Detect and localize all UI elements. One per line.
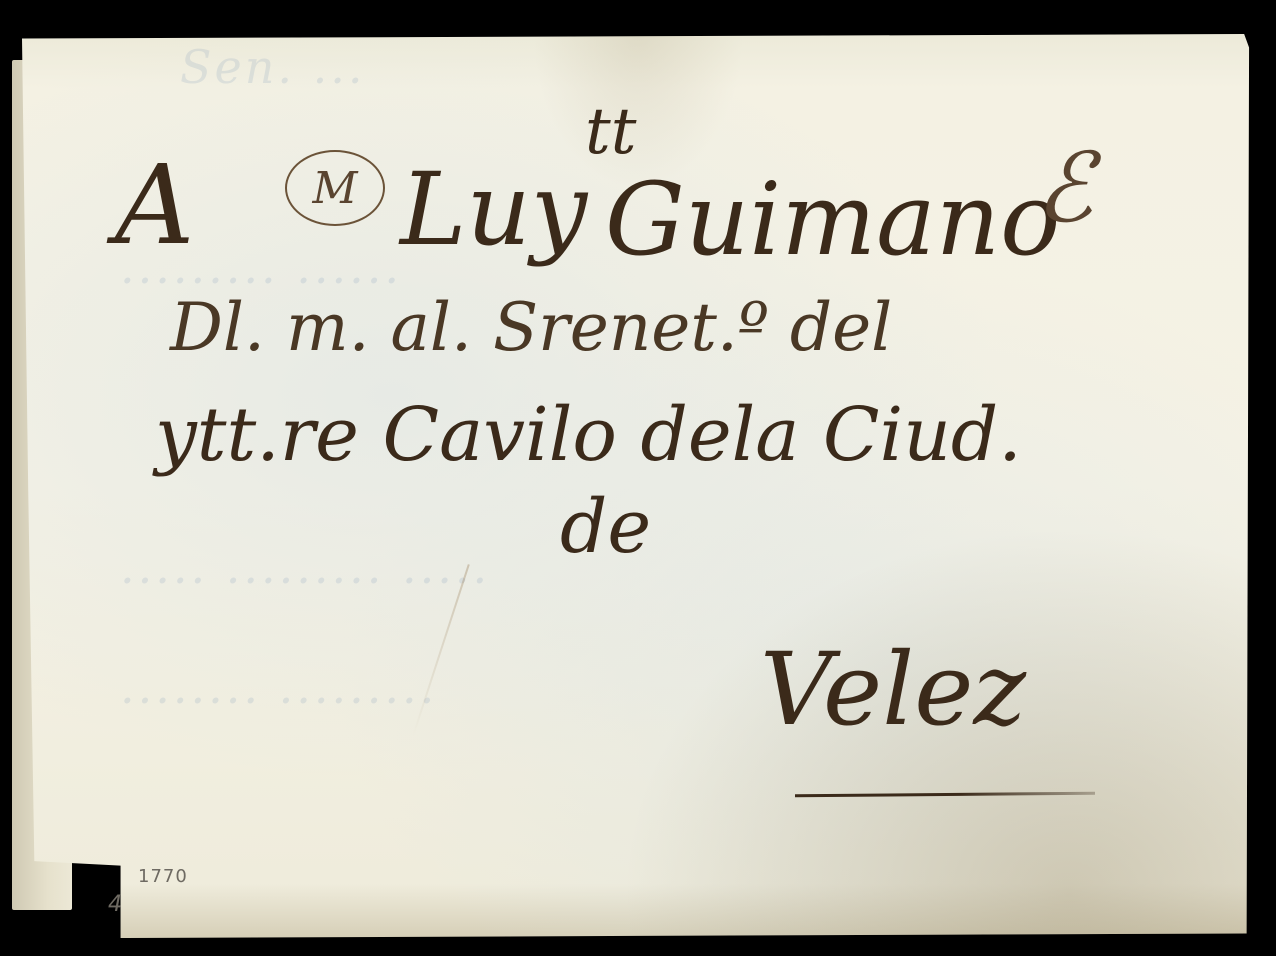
pencil-number-note: 4: [108, 892, 122, 917]
pencil-year-note: 1770: [138, 866, 188, 887]
addressee-first-name: Luy: [400, 160, 587, 260]
addressee-last-name: Guimano: [605, 170, 1060, 270]
address-line-4: de: [560, 490, 651, 564]
photo-backdrop: Sen. ... ......... ...... ..... ........…: [0, 0, 1276, 956]
bleed-through-text: Sen. ...: [180, 40, 365, 94]
rate-mark-letter: M: [312, 163, 357, 214]
destination-town: Velez: [760, 640, 1026, 740]
postal-rate-mark: M: [285, 150, 385, 226]
address-line-2: Dl. m. al. Srenet.º del: [170, 295, 892, 361]
bleed-through-text: ........ .........: [120, 660, 437, 714]
bleed-through-text: ..... ......... .....: [120, 540, 490, 594]
flourish-mark: ℰ: [1035, 140, 1093, 236]
address-superscript: tt: [585, 100, 636, 164]
address-prefix: A: [115, 150, 194, 260]
address-line-3: ytt.re Cavilo dela Ciud.: [155, 398, 1022, 472]
